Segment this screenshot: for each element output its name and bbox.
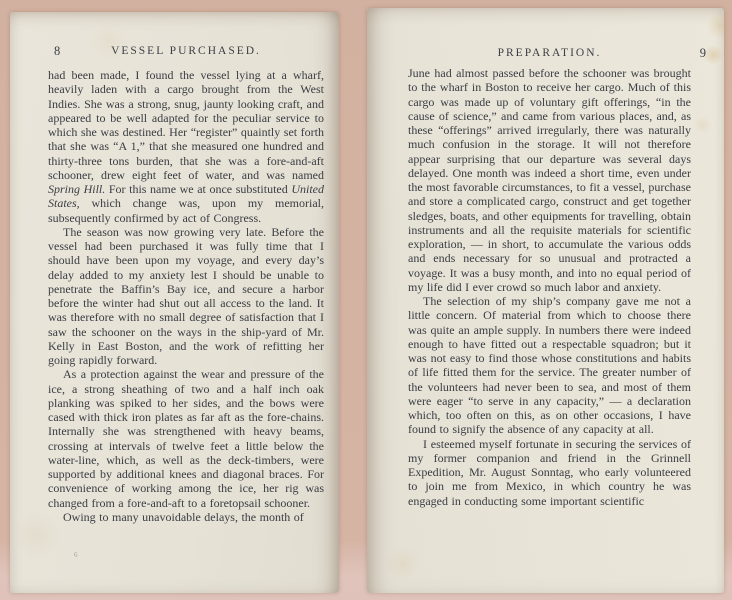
page-left: 8 VESSEL PURCHASED. had been made, I fou…: [10, 12, 339, 593]
paragraph: As a protection against the wear and pre…: [48, 367, 324, 510]
running-header-left: VESSEL PURCHASED.: [48, 45, 324, 57]
page-number-right: 9: [700, 46, 706, 61]
paragraph: The season was now growing very late. Be…: [48, 225, 324, 368]
page-right: PREPARATION. 9 June had almost passed be…: [367, 8, 724, 593]
page-body-right: June had almost passed before the schoon…: [408, 66, 691, 566]
paragraph: The selection of my ship’s company gave …: [408, 294, 691, 437]
paragraph: I esteemed myself fortunate in securing …: [408, 437, 691, 508]
page-body-left: had been made, I found the vessel lying …: [48, 68, 324, 565]
running-header-right: PREPARATION.: [408, 47, 691, 59]
paragraph: Owing to many unavoidable delays, the mo…: [48, 510, 324, 524]
paragraph: June had almost passed before the schoon…: [408, 66, 691, 294]
signature-mark: 6: [74, 551, 78, 559]
paragraph: had been made, I found the vessel lying …: [48, 68, 324, 225]
